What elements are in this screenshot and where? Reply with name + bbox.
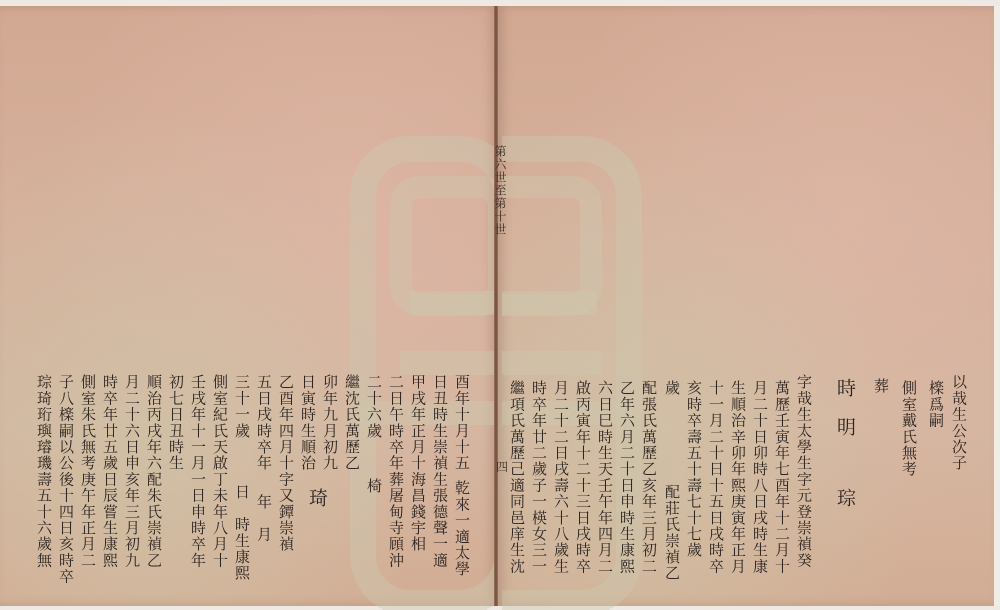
text-column: 側室紀氏天啟丁未年八月十 [211, 374, 229, 568]
person-name: 琦 [308, 488, 326, 527]
text-column: 歲 [663, 380, 681, 396]
watermark-bar [502, 291, 597, 315]
text-column: 月二十二日戌壽六十八歲生 [552, 380, 570, 574]
text-column: 萬歷壬寅年七酉年十二月十 [773, 380, 791, 574]
text-column: 檪爲嗣 [927, 380, 945, 429]
text-column: 時卒年廿二歲子一楧女三一 [530, 380, 548, 574]
text-column: 二十六歲 [365, 374, 383, 439]
text-column: 側室朱氏無考庚午年正月二 [79, 374, 97, 568]
text-column: 子八檪嗣以公後十四日亥時卒 [57, 374, 75, 585]
text-column: 乾來一適太學 [453, 480, 471, 577]
book-gutter [494, 6, 498, 606]
text-column: 初七日丑時生 [167, 374, 185, 471]
text-column: 日 時生康熙 [233, 484, 251, 581]
text-column: 十一月二十日十五日戌時卒 [707, 380, 725, 574]
text-column: 甲戌年正月十海昌錢宇相 [409, 374, 427, 552]
person-name: 時明 [836, 378, 854, 456]
text-column: 六日巳時生天壬午年四月二 [596, 380, 614, 574]
text-column: 月二十六日申亥年三月初九 [123, 374, 141, 568]
text-column: 五日戌時卒年 [255, 374, 273, 471]
text-column: 以哉生公次子 [950, 374, 968, 471]
watermark-bar [502, 351, 602, 375]
text-column: 日寅時生順治 [299, 374, 317, 471]
text-column: 配張氏萬歷乙亥年三月初二 [640, 380, 658, 574]
text-column: 乙年六月二十日申時生康熙 [618, 380, 636, 574]
section-title: 第六世至第十世 [492, 145, 509, 236]
text-column: 二日午時卒年葬屠甸寺頋沖 [387, 374, 405, 568]
person-name: 琮 [836, 488, 854, 527]
text-column: 酉年十月十五 [453, 374, 471, 471]
text-column: 繼項氏萬歷己適同邑庠生沈 [508, 380, 526, 574]
text-column: 生順治辛卯年熙庚寅年正月 [729, 380, 747, 574]
text-column: 三十一歲 [233, 374, 251, 439]
text-column: 乙酉年四月十字又鐔崇禎 [277, 374, 295, 552]
text-column: 年 月 [255, 494, 273, 543]
text-column: 葬 [872, 378, 890, 394]
watermark-bar [400, 351, 500, 375]
text-column: 配莊氏崇禎乙 [663, 484, 681, 581]
text-column: 啟丙寅年十二十三日戌時卒 [574, 380, 592, 574]
text-column: 順治丙戌年六配朱氏崇禎乙 [145, 374, 163, 568]
page-number: 四 [496, 458, 508, 475]
text-column: 字哉生太學生字元登崇禎癸 [795, 374, 813, 568]
text-column: 琮琦珩璵璿璣壽五十六歲無 [35, 374, 53, 568]
text-column: 壬戌年十一月一日申時卒年 [189, 374, 207, 568]
text-column: 繼沈氏萬歷乙 [343, 374, 361, 471]
text-column: 日丑時生崇禎生張德聲一適 [431, 374, 449, 568]
watermark-bar [410, 291, 500, 315]
text-column: 亥時卒壽五十壽七十七歲 [685, 380, 703, 558]
page-edge [994, 6, 1000, 606]
text-column: 側室戴氏無考 [900, 380, 918, 477]
text-column: 卯年九月初九 [321, 374, 339, 471]
text-column: 月二十日卯時八日戌時生康 [751, 380, 769, 574]
text-column: 椅 [365, 478, 383, 494]
text-column: 時卒年廿五歲日辰嘗生康熙 [101, 374, 119, 568]
